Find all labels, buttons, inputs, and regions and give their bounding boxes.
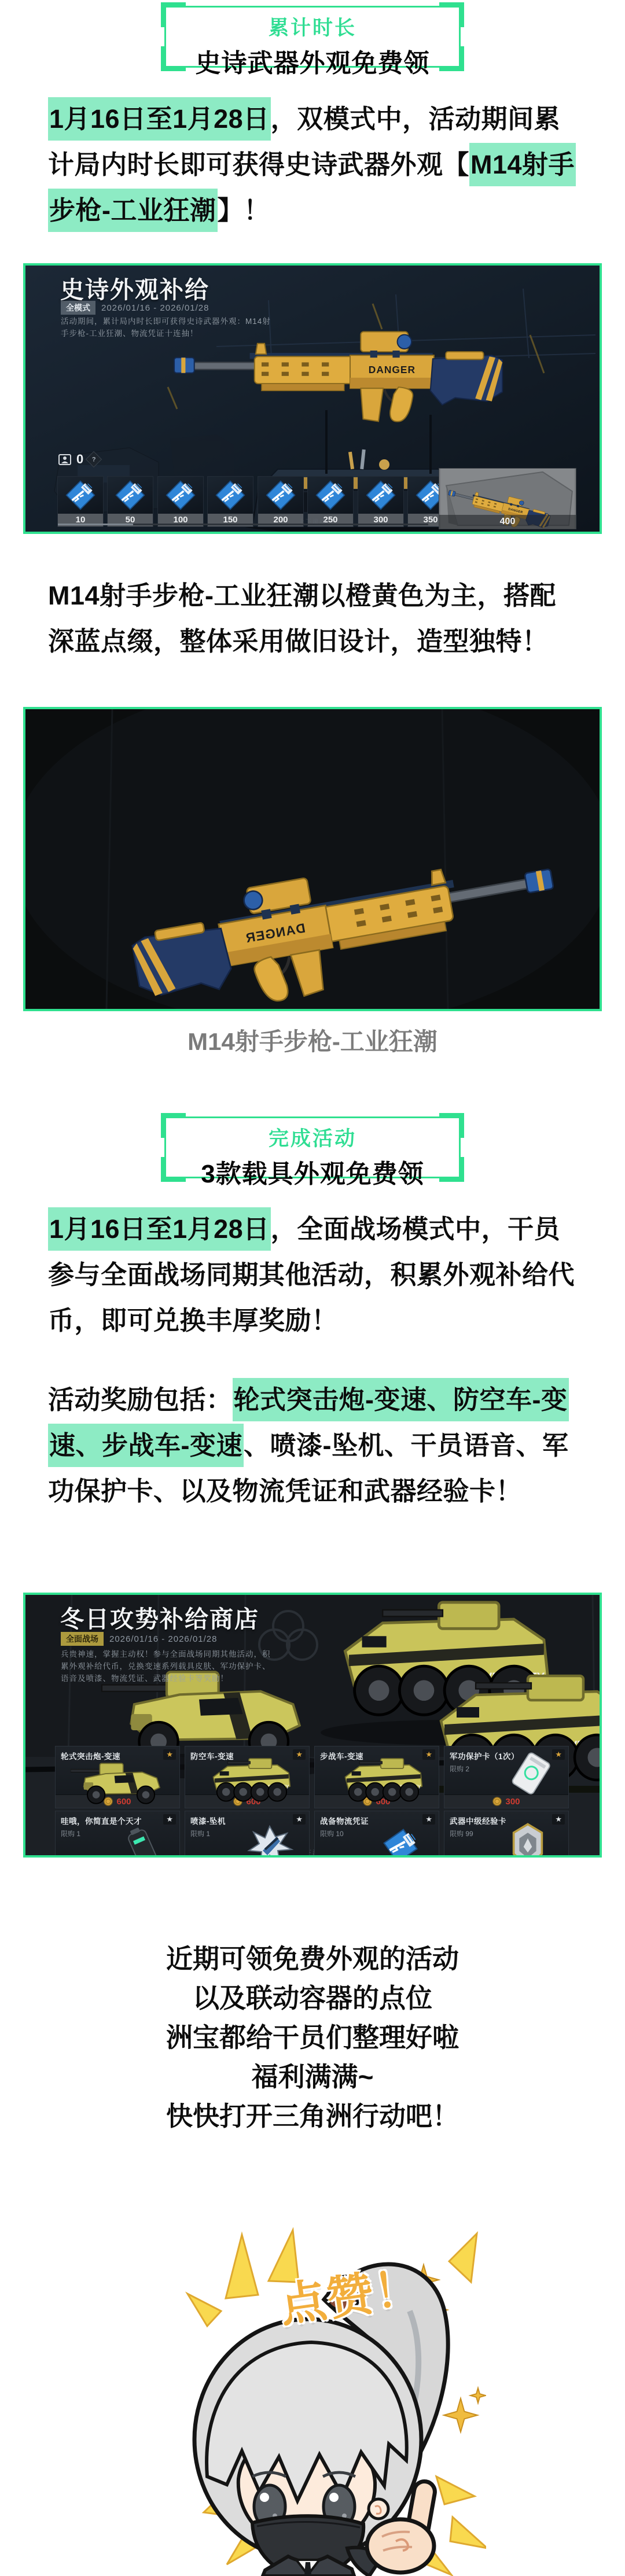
item-name: 喷漆-坠机: [190, 1815, 226, 1826]
screenshot-title: 冬日攻势补给商店: [60, 1600, 259, 1634]
section-badge-playtime: 累计时长 史诗武器外观免费领: [164, 6, 461, 68]
spray-icon: [245, 1824, 294, 1858]
price-bar: 300: [444, 1794, 568, 1808]
final-reward-preview[interactable]: 400: [439, 468, 576, 529]
scrollbar-thumb[interactable]: [58, 524, 133, 525]
highlight-date: 1月16日至1月28日: [48, 1207, 271, 1251]
voucher-icon: [308, 477, 353, 514]
purchase-limit: 限购 2: [450, 1764, 469, 1774]
help-icon[interactable]: ?: [86, 451, 102, 467]
badge-person-icon: [58, 452, 72, 466]
paragraph-text: 活动奖励包括：: [48, 1385, 233, 1414]
screenshot-weapon-showcase: [23, 707, 602, 1011]
event-dates: 2026/01/16 - 2026/01/28: [109, 1634, 217, 1644]
voucher-icon: [258, 477, 303, 514]
shop-card-infantry-fighting-vehicle[interactable]: 步战车-变速 ★ 600: [314, 1746, 439, 1808]
intro-paragraph-vehicles: 1月16日至1月28日，全面战场模式中，干员参与全面战场同期其他活动，积累外观补…: [48, 1206, 580, 1343]
badge-title: 史诗武器外观免费领: [166, 42, 459, 79]
item-name: 轮式突击炮-变速: [61, 1750, 120, 1761]
screenshot-epic-supply: 史诗外观补给 全模式 2026/01/16 - 2026/01/28 活动期间，…: [23, 263, 602, 534]
favorite-star-icon[interactable]: ★: [293, 1749, 306, 1760]
voucher-icon: [358, 477, 403, 514]
vehicle-thumbnail: [71, 1757, 166, 1804]
promo-page: 累计时长 史诗武器外观免费领 1月16日至1月28日，双模式中，活动期间累计局内…: [0, 0, 625, 2576]
badge-label: 完成活动: [166, 1123, 459, 1152]
outro-line: 快快打开三角洲行动吧！: [0, 2096, 625, 2136]
outro-text: 近期可领免费外观的活动 以及联动容器的点位 洲宝都给干员们整理好啦 福利满满~ …: [0, 1939, 625, 2136]
vehicle-thumbnail: [334, 1756, 427, 1805]
corner-bracket: [161, 1157, 186, 1182]
vehicle-thumbnail: [203, 1756, 295, 1805]
shop-card-weapon-xp-card[interactable]: 武器中级经验卡 限购 99 ★: [444, 1811, 569, 1858]
corner-bracket: [161, 1113, 186, 1138]
description-line: 手步枪-工业狂潮、物流凭证十连抽！: [61, 327, 271, 340]
voucher-icon: [58, 477, 103, 514]
purchase-limit: 限购 10: [320, 1829, 344, 1838]
gadget-icon: [124, 1826, 161, 1858]
screenshot-supply-shop: 冬日攻势补给商店 全面战场 2026/01/16 - 2026/01/28 兵贵…: [23, 1593, 602, 1858]
weapon-showcase-scene: [25, 709, 600, 1009]
highlight-date: 1月16日至1月28日: [48, 97, 271, 141]
purchase-limit: 限购 1: [61, 1829, 80, 1838]
voucher-icon: [158, 477, 203, 514]
corner-bracket: [161, 2, 186, 27]
event-description: 活动期间，累计局内时长即可获得史诗武器外观：M14射 手步枪-工业狂潮、物流凭证…: [61, 315, 271, 340]
paragraph-text: 】！: [218, 196, 270, 225]
item-name: 战备物流凭证: [320, 1815, 369, 1826]
favorite-star-icon[interactable]: ★: [552, 1749, 565, 1760]
voucher-icon: [382, 1824, 419, 1858]
item-name: 防空车-变速: [190, 1750, 234, 1761]
weapon-caption: M14射手步枪-工业狂潮: [0, 1023, 625, 1057]
shop-card-spray-crash[interactable]: 喷漆-坠机 限购 1 ★: [185, 1811, 310, 1858]
milestone-value: 400: [439, 515, 576, 529]
description-line: 累外观补给代币，兑换变速系列载具皮肤、军功保护卡、: [61, 1660, 271, 1672]
corner-bracket: [161, 46, 186, 71]
corner-bracket: [439, 46, 464, 71]
item-name: 军功保护卡（1次）: [450, 1750, 519, 1761]
screenshot-title: 史诗外观补给: [60, 271, 209, 305]
item-name: 哇哦，你简直是个天才: [61, 1815, 142, 1826]
section-badge-activity: 完成活动 3款载具外观免费领: [164, 1116, 461, 1178]
medal-icon: [510, 1823, 545, 1858]
shop-card-merit-protection-card[interactable]: 军功保护卡（1次） 限购 2 ★ 300: [444, 1746, 569, 1808]
mode-chip: 全面战场: [61, 1632, 104, 1646]
favorite-star-icon[interactable]: ★: [422, 1814, 435, 1825]
description-line: 语音及喷漆、物流凭证、武器经验卡等奖励！: [61, 1672, 271, 1685]
outro-line: 洲宝都给干员们整理好啦: [0, 2018, 625, 2057]
ear: [369, 2499, 388, 2519]
corner-bracket: [439, 2, 464, 27]
favorite-star-icon[interactable]: ★: [163, 1749, 176, 1760]
purchase-limit: 限购 1: [190, 1829, 210, 1838]
favorite-star-icon[interactable]: ★: [163, 1814, 176, 1825]
favorite-star-icon[interactable]: ★: [552, 1814, 565, 1825]
mode-and-dates: 全面战场 2026/01/16 - 2026/01/28: [61, 1632, 217, 1646]
badge-title: 3款载具外观免费领: [166, 1153, 459, 1190]
playtime-counter: 0 ?: [58, 452, 100, 467]
event-dates: 2026/01/16 - 2026/01/28: [101, 303, 209, 313]
mode-chip: 全模式: [61, 301, 95, 315]
item-name: 武器中级经验卡: [450, 1815, 506, 1826]
voucher-icon: [108, 477, 153, 514]
corner-bracket: [439, 1157, 464, 1182]
corner-bracket: [439, 1113, 464, 1138]
rewards-paragraph: 活动奖励包括：轮式突击炮-变速、防空车-变速、步战车-变速、喷漆-坠机、干员语音…: [48, 1377, 580, 1514]
shop-card-genius-item[interactable]: 哇哦，你简直是个天才 限购 1 ★: [55, 1811, 180, 1858]
favorite-star-icon[interactable]: ★: [293, 1814, 306, 1825]
badge-label: 累计时长: [166, 12, 459, 41]
help-glyph: ?: [92, 456, 96, 463]
item-price: 300: [505, 1797, 520, 1807]
mascot-thumbs-up: 点赞！: [139, 2224, 486, 2576]
outro-line: 福利满满~: [0, 2057, 625, 2096]
description-line: 兵贵神速，掌握主动权！参与全面战场同期其他活动，积: [61, 1648, 271, 1660]
counter-value: 0: [76, 452, 83, 467]
outro-line: 近期可领免费外观的活动: [0, 1939, 625, 1978]
shop-card-wheeled-assault-gun[interactable]: 轮式突击炮-变速 ★ 600: [55, 1746, 180, 1808]
weapon-style-paragraph: M14射手步枪-工业狂潮以橙黄色为主，搭配深蓝点缀，整体采用做旧设计，造型独特！: [48, 573, 580, 664]
purchase-limit: 限购 99: [450, 1829, 473, 1838]
event-description: 兵贵神速，掌握主动权！参与全面战场同期其他活动，积 累外观补给代币，兑换变速系列…: [61, 1648, 271, 1685]
intro-paragraph-weapon: 1月16日至1月28日，双模式中，活动期间累计局内时长即可获得史诗武器外观【M1…: [48, 96, 580, 233]
outro-line: 以及联动容器的点位: [0, 1978, 625, 2018]
shop-card-logistics-voucher[interactable]: 战备物流凭证 限购 10 ★: [314, 1811, 439, 1858]
shop-card-anti-air-vehicle[interactable]: 防空车-变速 ★ 600: [185, 1746, 310, 1808]
horizontal-scrollbar[interactable]: [58, 524, 428, 525]
voucher-icon: [208, 477, 253, 514]
description-line: 活动期间，累计局内时长即可获得史诗武器外观：M14射: [61, 315, 271, 327]
mode-and-dates: 全模式 2026/01/16 - 2026/01/28: [61, 301, 209, 315]
favorite-star-icon[interactable]: ★: [422, 1749, 435, 1760]
item-name: 步战车-变速: [320, 1750, 363, 1761]
paragraph-text: M14射手步枪-工业狂潮以橙黄色为主，搭配深蓝点缀，整体采用做旧设计，造型独特！: [48, 581, 556, 656]
